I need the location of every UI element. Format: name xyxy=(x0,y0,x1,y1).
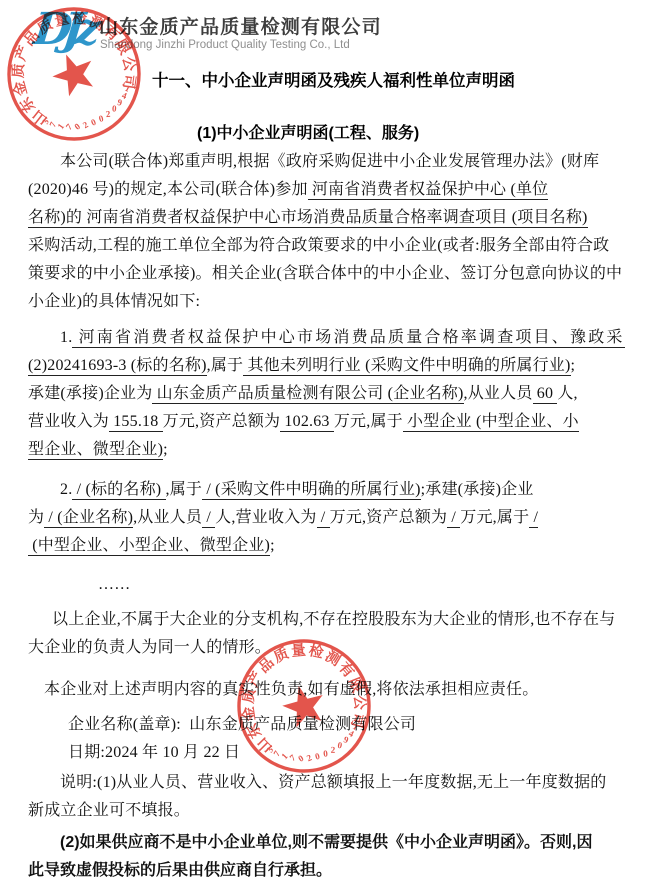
fill-in-blank: 河南省消费者权益保护中心市场消费品质量合格率调查项目、豫政采 xyxy=(72,329,624,348)
svg-text:山: 山 xyxy=(29,107,51,129)
text-run: …… xyxy=(98,576,130,593)
document-line: 新成立企业可不填报。 xyxy=(28,797,644,825)
svg-text:0: 0 xyxy=(90,117,98,128)
fill-in-blank: / xyxy=(447,509,460,528)
document-line: (2020)46 号)的规定,本公司(联合体)参加 河南省消费者权益保护中心 (… xyxy=(28,176,644,204)
text-run: (2020)46 号)的规定,本公司(联合体)参加 xyxy=(28,181,308,198)
text-run: 本企业对上述声明内容的真实性负责,如有虚假,将依法承担相应责任。 xyxy=(44,681,538,698)
fill-in-blank: 小型企业 (中型企业、小 xyxy=(403,413,579,432)
document-line: 日期:2024 年 10 月 22 日 xyxy=(28,739,644,767)
document-line: 大企业的负责人为同一人的情形。 xyxy=(28,634,644,662)
text-run: ; xyxy=(163,441,168,458)
fill-in-blank: 其他未列明行业 (采购文件中明确的所属行业) xyxy=(243,357,570,376)
fill-in-blank: 山东金质产品质量检测有限公司 (企业名称) xyxy=(152,385,463,404)
svg-text:4: 4 xyxy=(121,90,129,101)
fill-in-blank: 60 xyxy=(533,385,558,404)
fill-in-blank: 名称)的 河南省消费者权益保护中心市场消费品质量合格率调查项目 (项目名称) xyxy=(28,209,588,228)
text-run: ,从业人员 xyxy=(133,509,202,526)
document-line: 承建(承接)企业为 山东金质产品质量检测有限公司 (企业名称),从业人员 60 … xyxy=(28,380,644,408)
text-run: 2. xyxy=(60,481,72,498)
text-run: 以上企业,不属于大企业的分支机构,不存在控股股东为大企业的情形,也不存在与 xyxy=(52,611,615,628)
text-run: 策要求的中小企业承接)。相关企业(含联合体中的中小企业、签订分包意向协议的中 xyxy=(28,265,622,282)
text-run: 1. xyxy=(60,329,72,346)
text-run: 万元,资产总额为 xyxy=(330,509,448,526)
company-name-en: Shandong Jinzhi Product Quality Testing … xyxy=(100,39,350,51)
fill-in-blank: / xyxy=(529,509,538,528)
document-line: 本公司(联合体)郑重声明,根据《政府采购促进中小企业发展管理办法》(财库 xyxy=(28,148,644,176)
svg-text:0: 0 xyxy=(98,113,105,124)
text-run: 万元,属于 xyxy=(334,413,403,430)
text-run: ; xyxy=(270,537,275,554)
text-run: 万元,资产总额为 xyxy=(163,413,281,430)
text-run: 采购活动,工程的施工单位全部为符合政策要求的中小企业(或者:服务全部由符合政 xyxy=(28,237,609,254)
fill-in-blank: 155.18 xyxy=(109,413,163,432)
document-line: …… xyxy=(28,571,644,599)
text-run: 企业名称(盖章): 山东金质产品质量检测有限公司 xyxy=(68,716,416,733)
svg-text:1: 1 xyxy=(123,83,132,94)
text-run: ; xyxy=(571,357,576,374)
text-run: ;承建(承接)企业 xyxy=(421,481,534,498)
svg-text:7: 7 xyxy=(47,120,58,129)
document-line: 说明:(1)从业人员、营业收入、资产总额填报上一年度数据,无上一年度数据的 xyxy=(28,769,644,797)
svg-text:7: 7 xyxy=(64,121,75,131)
svg-text:2: 2 xyxy=(81,119,90,130)
svg-text:质: 质 xyxy=(9,62,28,78)
svg-text:东: 东 xyxy=(16,94,39,116)
fill-in-blank: / (标的名称) xyxy=(72,481,165,500)
document-body: 本公司(联合体)郑重声明,根据《政府采购促进中小企业发展管理办法》(财库(202… xyxy=(28,148,644,885)
document-line: 采购活动,工程的施工单位全部为符合政策要求的中小企业(或者:服务全部由符合政 xyxy=(28,232,644,260)
text-run: 小企业)的具体情况如下: xyxy=(28,293,200,310)
text-run: 人,营业收入为 xyxy=(215,509,316,526)
document-line: 企业名称(盖章): 山东金质产品质量检测有限公司 xyxy=(28,711,644,739)
fill-in-blank: / xyxy=(317,509,330,528)
svg-text:司: 司 xyxy=(120,73,140,90)
text-run: 为 xyxy=(28,509,44,526)
section-title: 十一、中小企业声明函及残疾人福利性单位声明函 xyxy=(152,67,515,91)
text-run: 日期:2024 年 10 月 22 日 xyxy=(68,744,240,761)
document-line: 名称)的 河南省消费者权益保护中心市场消费品质量合格率调查项目 (项目名称) xyxy=(28,204,644,232)
svg-text:2: 2 xyxy=(105,109,111,119)
document-line: 1. 河南省消费者权益保护中心市场消费品质量合格率调查项目、豫政采 xyxy=(28,324,644,352)
svg-text:产: 产 xyxy=(11,43,33,64)
document-line: 策要求的中小企业承接)。相关企业(含联合体中的中小企业、签订分包意向协议的中 xyxy=(28,260,644,288)
svg-text:金: 金 xyxy=(9,79,30,98)
document-line: 小企业)的具体情况如下: xyxy=(28,288,644,316)
document-line: 以上企业,不属于大企业的分支机构,不存在控股股东为大企业的情形,也不存在与 xyxy=(28,606,644,634)
fill-in-blank: (中型企业、小型企业、微型企业) xyxy=(28,537,270,556)
text-run: 大企业的负责人为同一人的情形。 xyxy=(28,639,271,656)
document-line: 营业收入为 155.18 万元,资产总额为 102.63 万元,属于 小型企业 … xyxy=(28,408,644,436)
text-run: 万元,属于 xyxy=(460,509,529,526)
text-run: 本公司(联合体)郑重声明,根据《政府采购促进中小企业发展管理办法》(财库 xyxy=(60,153,599,170)
text-run: 说明:(1)从业人员、营业收入、资产总额填报上一年度数据,无上一年度数据的 xyxy=(60,774,607,791)
document-line: 此导致虚假投标的后果由供应商自行承担。 xyxy=(28,857,644,885)
text-run: ,属于 xyxy=(207,357,244,374)
declaration-subtitle: (1)中小企业声明函(工程、服务) xyxy=(197,120,419,143)
svg-text:公: 公 xyxy=(119,55,138,73)
svg-text:1: 1 xyxy=(55,121,66,131)
text-run: 营业收入为 xyxy=(28,413,109,430)
text-run: 承建(承接)企业为 xyxy=(28,385,152,402)
svg-text:3: 3 xyxy=(40,118,51,126)
svg-text:9: 9 xyxy=(117,97,124,108)
fill-in-blank: / xyxy=(202,509,215,528)
fill-in-blank: / (采购文件中明确的所属行业) xyxy=(202,481,421,500)
document-line: (中型企业、小型企业、微型企业); xyxy=(28,532,644,560)
document-line: 为 / (企业名称),从业人员 / 人,营业收入为 / 万元,资产总额为 / 万… xyxy=(28,504,644,532)
document-line: 2. / (标的名称) ,属于 / (采购文件中明确的所属行业);承建(承接)企… xyxy=(28,476,644,504)
text-run: ,从业人员 xyxy=(464,385,533,402)
company-name-cn: 山东金质产品质量检测有限公司 xyxy=(99,12,382,39)
fill-in-blank: / (企业名称) xyxy=(44,509,133,528)
svg-text:0: 0 xyxy=(112,103,118,113)
fill-in-blank: 102.63 xyxy=(280,413,334,432)
fill-in-blank: 型企业、微型企业) xyxy=(28,441,163,460)
document-line: (2)20241693-3 (标的名称),属于 其他未列明行业 (采购文件中明确… xyxy=(28,352,644,380)
document-line: 本企业对上述声明内容的真实性负责,如有虚假,将依法承担相应责任。 xyxy=(28,676,644,704)
svg-text:0: 0 xyxy=(72,121,82,132)
document-line: (2)如果供应商不是中小企业单位,则不需要提供《中小企业声明函》。否则,因 xyxy=(28,829,644,857)
fill-in-blank: (2)20241693-3 (标的名称) xyxy=(28,357,207,376)
document-page: DJz 山东金质产品质量检测有限公司 Shandong Jinzhi Produ… xyxy=(0,0,667,892)
text-run: ,属于 xyxy=(166,481,203,498)
fill-in-blank: 河南省消费者权益保护中心 (单位 xyxy=(308,181,549,200)
text-run: 人, xyxy=(557,385,577,402)
text-run: (2)如果供应商不是中小企业单位,则不需要提供《中小企业声明函》。否则,因 xyxy=(60,834,592,851)
text-run: 此导致虚假投标的后果由供应商自行承担。 xyxy=(28,862,332,879)
company-logo-monogram: DJz xyxy=(31,4,93,55)
document-line: 型企业、微型企业); xyxy=(28,436,644,464)
text-run: 新成立企业可不填报。 xyxy=(28,802,190,819)
